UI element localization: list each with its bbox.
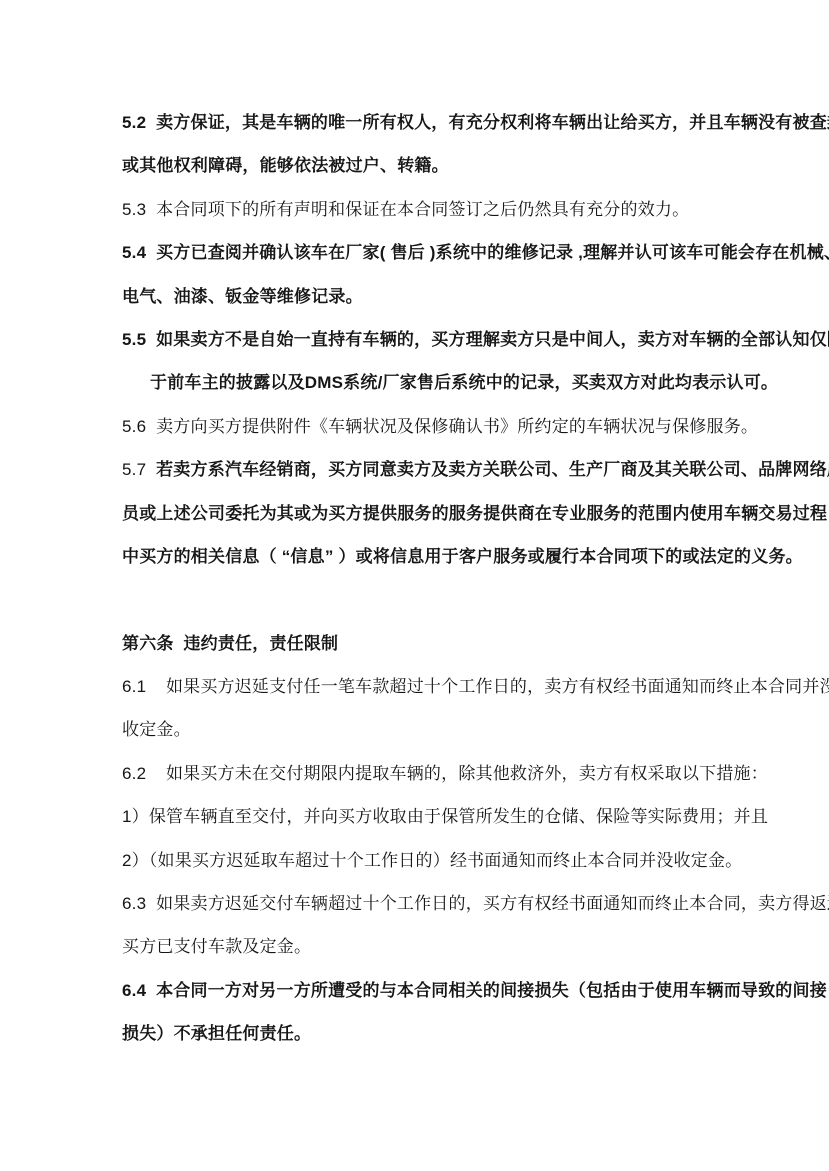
text-segment: 6.3 <box>122 894 156 913</box>
text-segment: 6.2 <box>122 764 166 783</box>
text-segment: 5.7 <box>122 460 156 479</box>
text-segment: 卖方向买方提供附件《车辆状况及保修确认书》所约定的车辆状况与保修服务。 <box>156 417 758 436</box>
contract-page: 5.2 卖方保证，其是车辆的唯一所有权人，有充分权利将车辆出让给买方，并且车辆没… <box>0 0 829 1171</box>
text-segment: 本合同一方对另一方所遭受的与本合同相关的间接损失（包括由于使用车辆而导致的间接 <box>156 981 827 1000</box>
text-segment: 6.1 <box>122 677 166 696</box>
text-segment: 违约责任，责任限制 <box>183 634 338 653</box>
text-line: 5.2 卖方保证，其是车辆的唯一所有权人，有充分权利将车辆出让给买方，并且车辆没… <box>122 101 769 144</box>
text-line: 5.4 买方已查阅并确认该车在厂家( 售后 )系统中的维修记录 ,理解并认可该车… <box>122 231 769 274</box>
text-segment: 5.6 <box>122 417 156 436</box>
text-line: 第六条 违约责任，责任限制 <box>122 622 769 665</box>
text-line: 于前车主的披露以及DMS系统/厂家售后系统中的记录，买卖双方对此均表示认可。 <box>122 361 769 404</box>
text-line: 6.4 本合同一方对另一方所遭受的与本合同相关的间接损失（包括由于使用车辆而导致… <box>122 969 769 1012</box>
text-line: 6.2 如果买方未在交付期限内提取车辆的，除其他救济外，卖方有权采取以下措施： <box>122 752 769 795</box>
text-line: 1）保管车辆直至交付，并向买方收取由于保管所发生的仓储、保险等实际费用；并且 <box>122 795 769 838</box>
text-segment: 5.5 <box>122 330 156 349</box>
text-segment: 5.4 <box>122 243 156 262</box>
text-line: 5.7 若卖方系汽车经销商，买方同意卖方及卖方关联公司、生产厂商及其关联公司、品… <box>122 448 769 491</box>
text-segment: 员或上述公司委托为其或为买方提供服务的服务提供商在专业服务的范围内使用车辆交易过… <box>122 504 827 523</box>
text-segment: 1）保管车辆直至交付，并向买方收取由于保管所发生的仓储、保险等实际费用；并且 <box>122 807 768 826</box>
text-line: 5.5 如果卖方不是自始一直持有车辆的，买方理解卖方只是中间人，卖方对车辆的全部… <box>122 318 769 361</box>
text-segment: 本合同项下的所有声明和保证在本合同签订之后仍然具有充分的效力。 <box>156 200 689 219</box>
text-segment: 如果卖方不是自始一直持有车辆的，买方理解卖方只是中间人，卖方对车辆的全部认知仅限 <box>156 330 829 349</box>
text-segment: 中买方的相关信息（ “信息” ）或将信息用于客户服务或履行本合同项下的或法定的义… <box>122 547 803 566</box>
text-segment: 如果卖方迟延交付车辆超过十个工作日的，买方有权经书面通知而终止本合同，卖方得返还 <box>156 894 829 913</box>
blank-line <box>122 578 769 621</box>
text-segment: 损失）不承担任何责任。 <box>122 1024 311 1043</box>
text-line: 电气、油漆、钣金等维修记录。 <box>122 275 769 318</box>
text-line: 中买方的相关信息（ “信息” ）或将信息用于客户服务或履行本合同项下的或法定的义… <box>122 535 769 578</box>
text-segment: 电气、油漆、钣金等维修记录。 <box>122 287 363 306</box>
text-line: 2）（如果买方迟延取车超过十个工作日的）经书面通知而终止本合同并没收定金。 <box>122 839 769 882</box>
text-segment: 6.4 <box>122 981 156 1000</box>
text-segment: 卖方保证，其是车辆的唯一所有权人，有充分权利将车辆出让给买方，并且车辆没有被查封 <box>156 113 829 132</box>
text-segment: 如果买方未在交付期限内提取车辆的，除其他救济外，卖方有权采取以下措施： <box>166 764 768 783</box>
text-line: 损失）不承担任何责任。 <box>122 1012 769 1055</box>
text-line: 买方已支付车款及定金。 <box>122 925 769 968</box>
text-line: 6.1 如果买方迟延支付任一笔车款超过十个工作日的，卖方有权经书面通知而终止本合… <box>122 665 769 708</box>
text-segment: 5.2 <box>122 113 156 132</box>
text-line: 收定金。 <box>122 708 769 751</box>
text-segment: 收定金。 <box>122 720 191 739</box>
text-segment: 于前车主的披露以及DMS系统/厂家售后系统中的记录，买卖双方对此均表示认可。 <box>150 373 778 392</box>
text-segment: 5.3 <box>122 200 156 219</box>
text-segment: 买方已支付车款及定金。 <box>122 937 311 956</box>
text-line: 5.6 卖方向买方提供附件《车辆状况及保修确认书》所约定的车辆状况与保修服务。 <box>122 405 769 448</box>
text-segment: 若卖方系汽车经销商，买方同意卖方及卖方关联公司、生产厂商及其关联公司、品牌网络成 <box>156 460 829 479</box>
text-line: 5.3 本合同项下的所有声明和保证在本合同签订之后仍然具有充分的效力。 <box>122 188 769 231</box>
text-line: 员或上述公司委托为其或为买方提供服务的服务提供商在专业服务的范围内使用车辆交易过… <box>122 492 769 535</box>
text-line: 或其他权利障碍，能够依法被过户、转籍。 <box>122 144 769 187</box>
text-segment: 如果买方迟延支付任一笔车款超过十个工作日的，卖方有权经书面通知而终止本合同并没 <box>166 677 829 696</box>
document-lines: 5.2 卖方保证，其是车辆的唯一所有权人，有充分权利将车辆出让给买方，并且车辆没… <box>122 101 769 1056</box>
text-line: 6.3 如果卖方迟延交付车辆超过十个工作日的，买方有权经书面通知而终止本合同，卖… <box>122 882 769 925</box>
text-segment: 或其他权利障碍，能够依法被过户、转籍。 <box>122 156 449 175</box>
text-segment: 第六条 <box>122 634 183 653</box>
text-segment: 2）（如果买方迟延取车超过十个工作日的）经书面通知而终止本合同并没收定金。 <box>122 851 742 870</box>
text-segment: 买方已查阅并确认该车在厂家( 售后 )系统中的维修记录 ,理解并认可该车可能会存… <box>156 243 829 262</box>
